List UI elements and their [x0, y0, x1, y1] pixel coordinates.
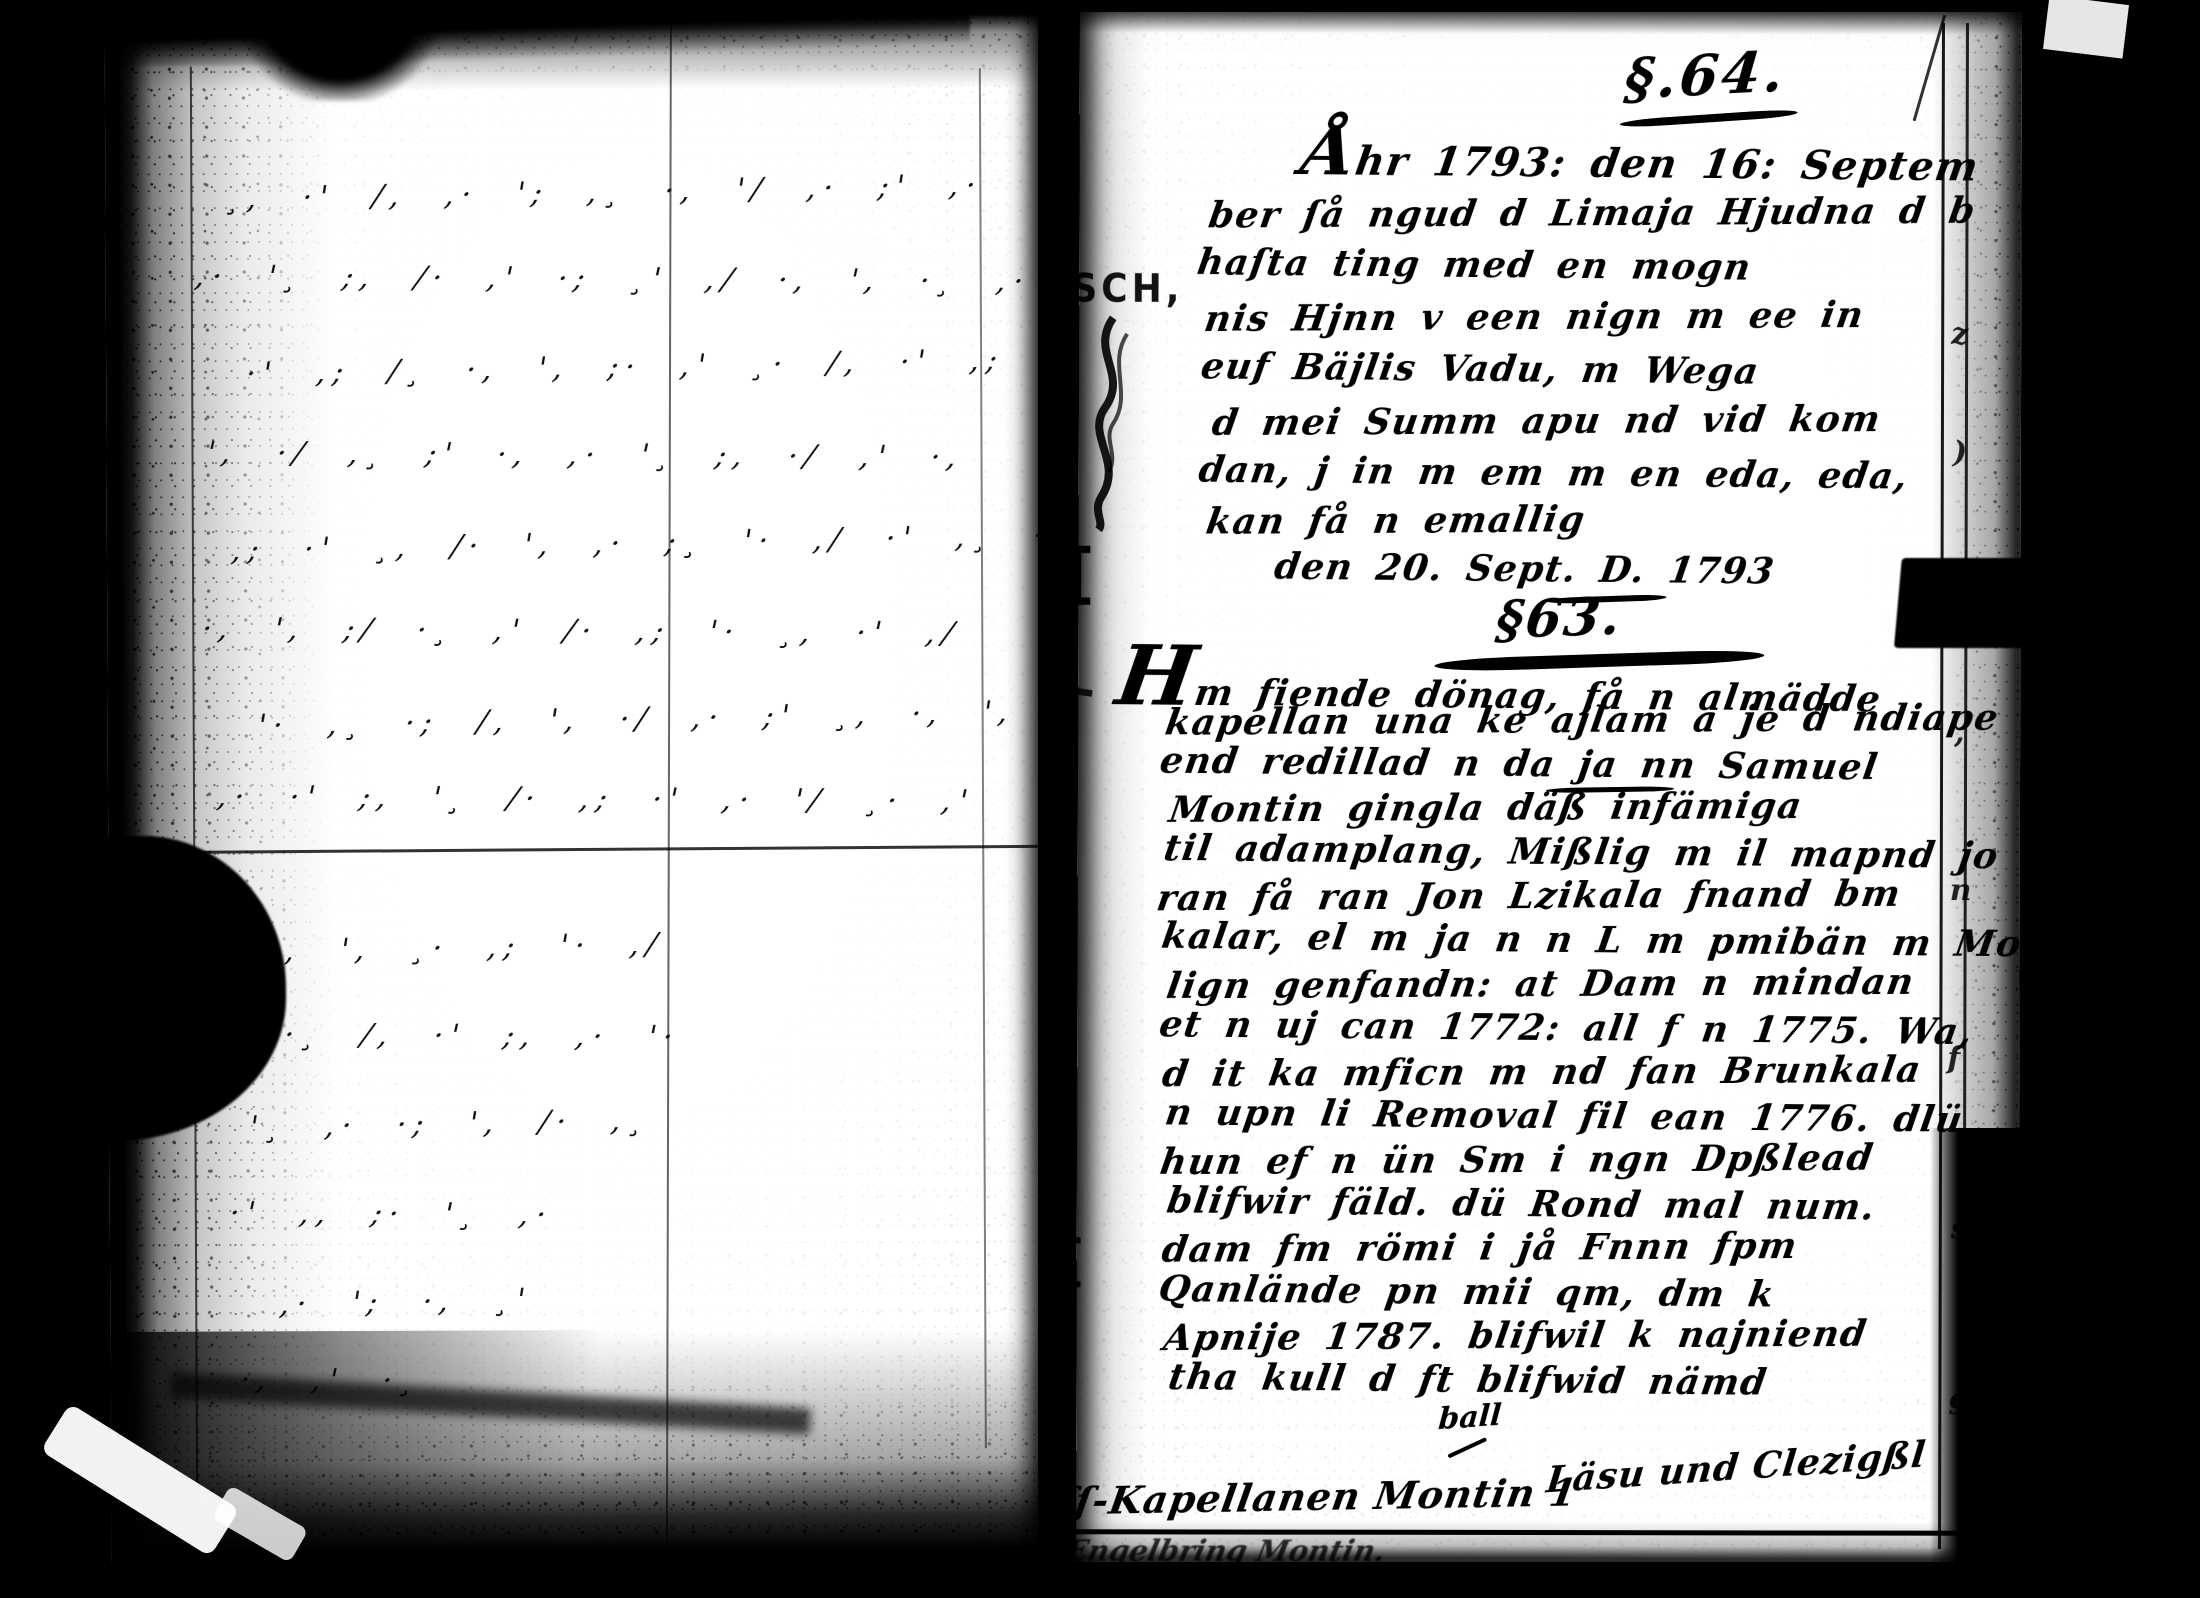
- corner-paper-sliver: [2043, 0, 2129, 59]
- right-black-margin: [1930, 1128, 2200, 1598]
- right-page: SCH, [ Γ [ §.64. Åhr 1793: den 16: Septe…: [1076, 7, 2022, 1565]
- left-page: ¸, ·' /, ,· '; ,¸ ·, '/ ,· ;' ,· ,· '¸ ;…: [105, 8, 1056, 1582]
- gutter-shadow-column: [1038, 0, 1066, 1598]
- ink-blot-right-edge: [1894, 558, 2036, 648]
- edge-dither: [110, 1328, 1055, 1582]
- bottom-edge-shadow: [110, 1328, 1055, 1582]
- scan-top-wedge: [100, 6, 970, 66]
- scan-top-wedge: [240, 6, 440, 101]
- footer-inscription: ſſ-Kapellanen Montin 1: [1054, 1469, 1580, 1523]
- paper-grain: [1076, 7, 2022, 1565]
- archival-scan: ¸, ·' /, ,· '; ,¸ ·, '/ ,· ;' ,· ,· '¸ ;…: [0, 0, 2200, 1598]
- footer-inscription-faint: Engelbring Montin.: [1062, 1534, 1388, 1568]
